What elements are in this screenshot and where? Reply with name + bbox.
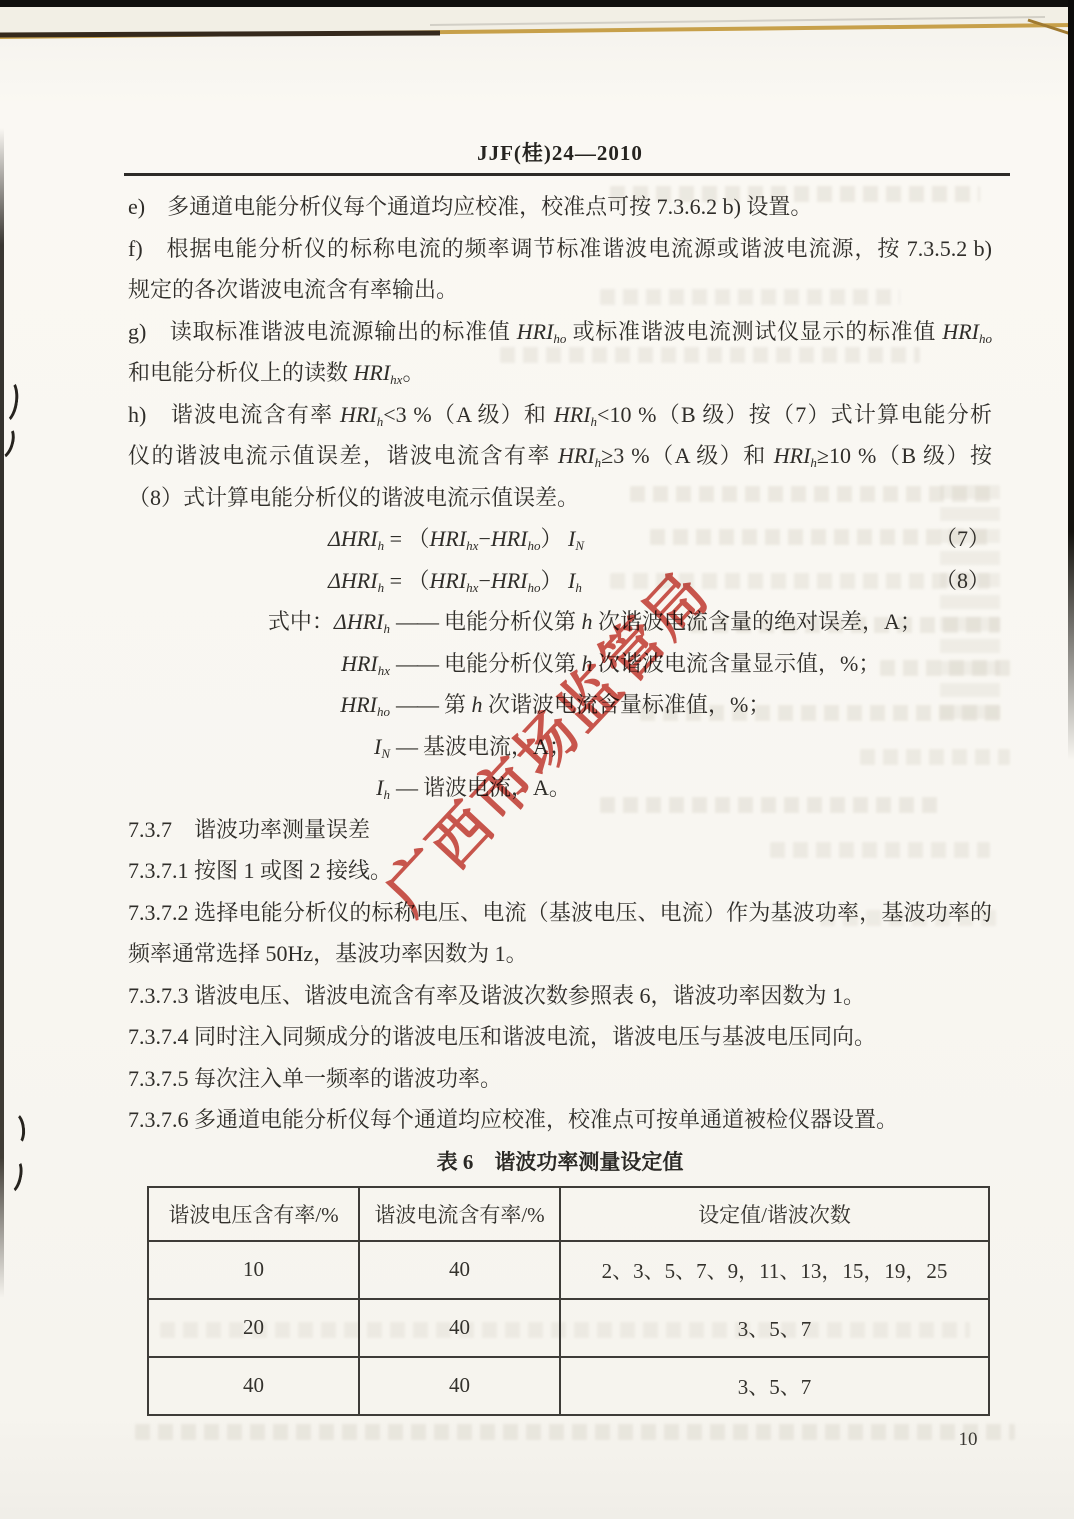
scanned-document-page: 广西市场监管局 JJF(桂)24—2010 e) 多通道电能分析仪每个通道均应校… — [0, 0, 1074, 1519]
section-7-3-7-3: 7.3.7.3 谐波电压、谐波电流含有率及谐波次数参照表 6，谐波功率因数为 1… — [128, 975, 992, 1017]
ink-mark — [0, 1157, 25, 1196]
para-h-line2: 仪的谐波电流示值误差，谐波电流含有率 HRIh≥3 %（A 级）和 HRIh≥1… — [128, 435, 992, 477]
para-e: e) 多通道电能分析仪每个通道均应校准，校准点可按 7.3.6.2 b) 设置。 — [128, 186, 992, 228]
ink-mark — [0, 377, 21, 426]
section-7-3-7-5: 7.3.7.5 每次注入单一频率的谐波功率。 — [128, 1058, 992, 1100]
section-7-3-7-2-line2: 频率通常选择 50Hz，基波功率因数为 1。 — [128, 933, 992, 975]
formula-8-body: ΔHRIh = （HRIhx−HRIho） Ih — [328, 568, 582, 593]
page-number: 10 — [946, 1428, 990, 1452]
section-7-3-7: 7.3.7 谐波功率测量误差 — [128, 809, 992, 851]
formula-7: ΔHRIh = （HRIhx−HRIho） IN （7） — [128, 518, 992, 560]
table-row: 10 40 2、3、5、7、9，11、13，15，19，25 — [148, 1241, 989, 1299]
page-top-edge — [0, 0, 1074, 60]
para-f-line2: 规定的各次谐波电流含有率输出。 — [128, 269, 992, 311]
formula-7-body: ΔHRIh = （HRIhx−HRIho） IN — [328, 526, 584, 551]
body-text: e) 多通道电能分析仪每个通道均应校准，校准点可按 7.3.6.2 b) 设置。… — [128, 186, 992, 1141]
col-header-harmonic-voltage: 谐波电压含有率/% — [148, 1187, 359, 1241]
table-6-caption: 表 6 谐波功率测量设定值 — [128, 1147, 992, 1177]
bleedthrough-ghost — [135, 1424, 1015, 1440]
section-7-3-7-4: 7.3.7.4 同时注入同频成分的谐波电压和谐波电流，谐波电压与基波电压同向。 — [128, 1016, 992, 1058]
table-row: 40 40 3、5、7 — [148, 1357, 989, 1415]
formula-8: ΔHRIh = （HRIhx−HRIho） Ih （8） — [128, 560, 992, 602]
para-h-line1: h) 谐波电流含有率 HRIh<3 %（A 级）和 HRIh<10 %（B 级）… — [128, 394, 992, 436]
table-row: 20 40 3、5、7 — [148, 1299, 989, 1357]
para-g-line1: g) 读取标准谐波电流源输出的标准值 HRIho 或标准谐波电流测试仪显示的标准… — [128, 311, 992, 353]
scan-left-edge — [0, 128, 4, 1298]
table-header-row: 谐波电压含有率/% 谐波电流含有率/% 设定值/谐波次数 — [148, 1187, 989, 1241]
col-header-harmonic-current: 谐波电流含有率/% — [359, 1187, 560, 1241]
para-h-line3: （8）式计算电能分析仪的谐波电流示值误差。 — [128, 477, 992, 519]
ink-mark — [0, 422, 19, 462]
section-7-3-7-2-line1: 7.3.7.2 选择电能分析仪的标称电压、电流（基波电压、电流）作为基波功率，基… — [128, 892, 992, 934]
ink-mark — [4, 1111, 26, 1147]
table-6: 谐波电压含有率/% 谐波电流含有率/% 设定值/谐波次数 10 40 2、3、5… — [147, 1186, 990, 1416]
section-7-3-7-1: 7.3.7.1 按图 1 或图 2 接线。 — [128, 850, 992, 892]
header-rule — [124, 173, 1010, 176]
formula-8-number: （8） — [935, 560, 990, 602]
section-7-3-7-6: 7.3.7.6 多通道电能分析仪每个通道均应校准，校准点可按单通道被检仪器设置。 — [128, 1099, 992, 1141]
doc-code: JJF(桂)24—2010 — [128, 140, 992, 166]
formula-7-number: （7） — [935, 518, 990, 560]
para-f-line1: f) 根据电能分析仪的标称电流的频率调节标准谐波电流源或谐波电流源，按 7.3.… — [128, 228, 992, 270]
col-header-set-values: 设定值/谐波次数 — [560, 1187, 989, 1241]
definition-row: 式中：ΔHRIh——电能分析仪第 h 次谐波电流含量的绝对误差，A； — [128, 601, 992, 643]
para-g-line2: 和电能分析仪上的读数 HRIhx。 — [128, 352, 992, 394]
scan-right-edge — [1068, 0, 1074, 760]
